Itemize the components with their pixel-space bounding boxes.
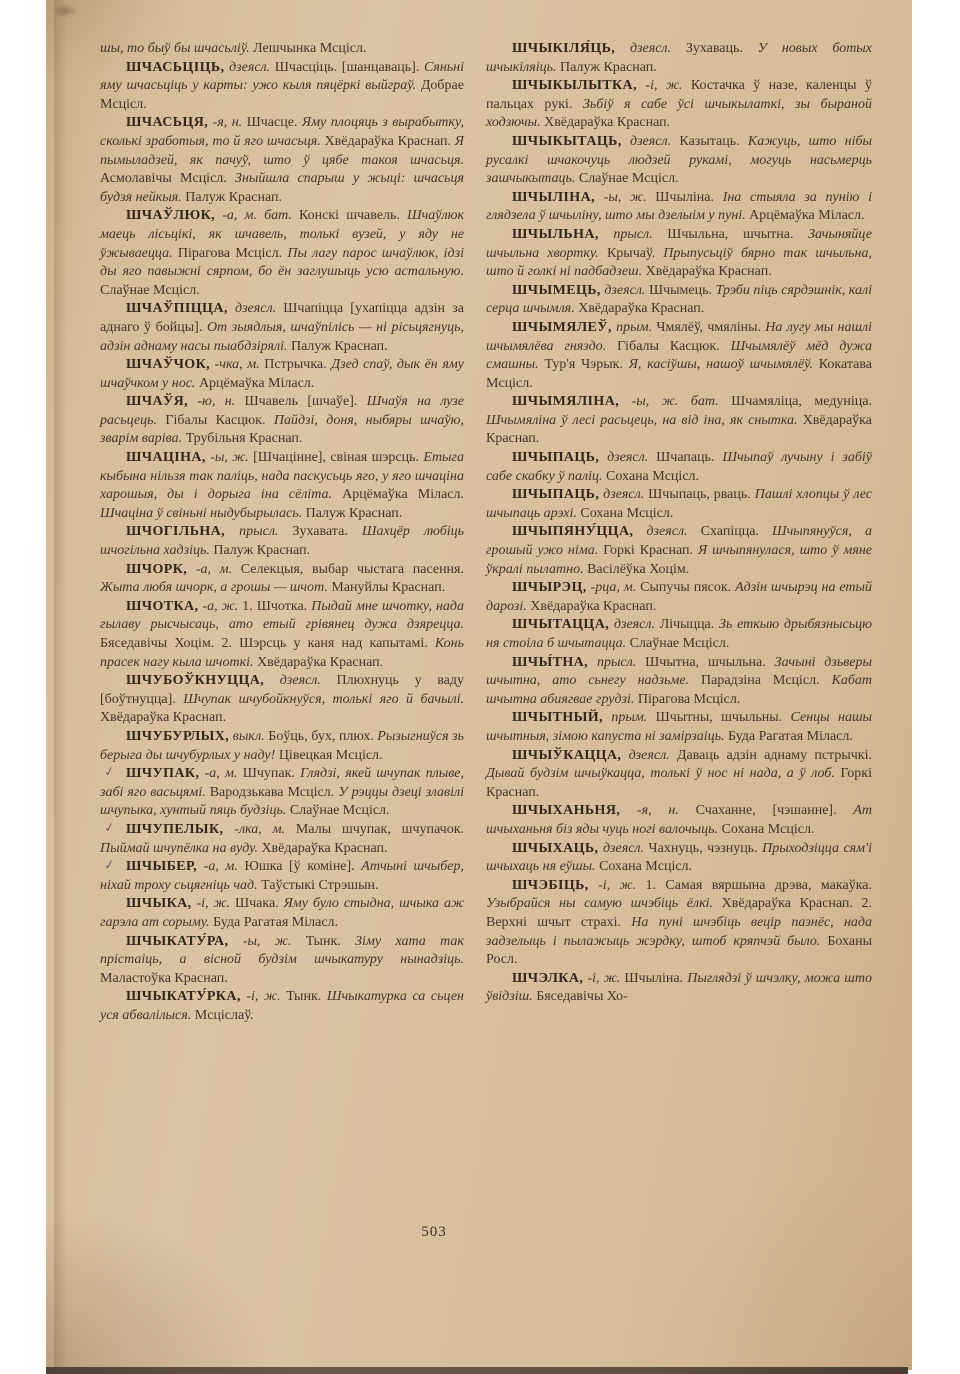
headword: ШЧЭЛКА, — [512, 971, 583, 986]
text-run: Тынк. — [281, 989, 327, 1004]
text-run: 1. Самая вяршына дрэва, макаўка. — [636, 878, 872, 893]
headword: ШЧЫМЯЛЕЎ, — [512, 320, 612, 335]
text-run: Жыта любя шчорк, а грошы — шчот. — [100, 580, 328, 595]
headword: ШЧЫТНЫЙ, — [512, 710, 603, 725]
headword: ШЧАСЬЦІЦЬ, — [126, 60, 224, 75]
headword: ШЧОГІЛЬНА, — [126, 524, 225, 539]
text-run: Чмялёў, чмяліны. — [652, 320, 765, 335]
headword: ШЧЫЛЬНА, — [512, 227, 599, 242]
headword: ШЧОРК, — [126, 562, 187, 577]
text-run: Горкі Краснап. — [598, 543, 698, 558]
text-run: -чка, м. — [210, 357, 260, 372]
dictionary-entry: ШЧАЎЧОК, -чка, м. Пстрычка. Дзед спаў, д… — [100, 356, 464, 393]
text-run: Хвёдараўка Краснап. — [642, 264, 772, 279]
dictionary-entry: ШЧАЎПІЦЦА, дзеясл. Шчапіцца [ухапіцца ад… — [100, 300, 464, 356]
dictionary-entry: ШЧЫПАЦЬ, дзеясл. Шчапаць. Шчыпаў лучыну … — [486, 449, 872, 486]
text-run: Шчыльна, шчытна. — [653, 227, 808, 242]
text-run: Палуж Краснап. — [182, 190, 282, 205]
text-run: Конскі шчавель. — [292, 208, 407, 223]
headword: ШЧЭБІЦЬ, — [512, 878, 589, 893]
entry-continuation: шы, то быў бы шчасьліў. Лешчынка Мсцісл. — [100, 40, 464, 59]
text-run: Трубільня Краснап. — [182, 431, 302, 446]
text-run: Казытаць. — [671, 134, 748, 149]
text-run: Пстрычка. — [260, 357, 332, 372]
text-run: Схапіцца. — [688, 524, 772, 539]
text-run: Бяседавічы Хо- — [533, 989, 628, 1004]
dictionary-entry: ШЧЫКАТУ́РА, -ы, ж. Тынк. Зіму хата так п… — [100, 933, 464, 989]
text-run: Хвёдараўка Краснап. — [100, 710, 226, 725]
text-run: -ы, ж. — [206, 450, 249, 465]
right-column: ШЧЫКІЛЯ́ЦЬ, дзеясл. Зухаваць. У новых бо… — [486, 40, 872, 1007]
text-run: Парадзіна Мсцісл. — [689, 673, 831, 688]
text-run: Шчыліна. — [647, 190, 723, 205]
text-run: дзеясл. — [609, 617, 655, 632]
text-run: Мсціслаў. — [191, 1008, 253, 1023]
scan-canvas: шы, то быў бы шчасьліў. Лешчынка Мсцісл.… — [0, 0, 960, 1374]
dictionary-entry: ШЧЫХАЦЬ, дзеясл. Чахнуць, чэзнуць. Прыхо… — [486, 840, 872, 877]
text-run: -я, н. — [208, 115, 242, 130]
headword: ШЧАЎЛЮК, — [126, 208, 215, 223]
dictionary-entry: ШЧЫПАЦЬ, дзеясл. Шчыпаць, рваць. Пашлі х… — [486, 486, 872, 523]
text-run: дзеясл. — [615, 41, 671, 56]
dictionary-entry: ШЧЫТАЦЦА, дзеясл. Лічыцца. Зь еткыю дрыб… — [486, 616, 872, 653]
text-run: выкл. — [229, 729, 265, 744]
headword: ШЧУПАК, — [126, 766, 199, 781]
dictionary-entry: ШЧЫТНЫЙ, прым. Шчытны, шчыльны. Сенцы на… — [486, 709, 872, 746]
text-run: Зухаваць. — [671, 41, 758, 56]
dictionary-entry: ШЧЫРЭЦ, -рца, м. Сыпучы пясок. Адзін шчы… — [486, 579, 872, 616]
text-run: -а, м. бат. — [215, 208, 292, 223]
dictionary-entry: ШЧАСЬЦІЦЬ, дзеясл. Шчасціць. [шанцаваць]… — [100, 59, 464, 115]
text-run: дзеясл. — [224, 60, 270, 75]
text-run: -а, м. — [197, 859, 238, 874]
text-run: Хвёдараўка Краснап. — [321, 134, 455, 149]
text-run: Лешчынка Мсцісл. — [250, 41, 367, 56]
text-run: Пірагова Мсцісл. — [634, 692, 740, 707]
headword: ШЧЫКЫЛЫТКА, — [512, 78, 637, 93]
text-run: Сыпучы пясок. — [636, 580, 735, 595]
text-run: -і, ж. — [583, 971, 620, 986]
text-run: Хвёдараўка Краснап. — [575, 301, 705, 316]
dictionary-entry: ШЧАСЬЦЯ, -я, н. Шчасце. Яму плоцяць з вы… — [100, 114, 464, 207]
dictionary-entry: ШЧЫЛЬНА, прысл. Шчыльна, шчытна. Зачыняй… — [486, 226, 872, 282]
text-run: прысл. — [599, 227, 653, 242]
text-run: Шчыпаць, рваць. — [644, 487, 754, 502]
left-column: шы, то быў бы шчасьліў. Лешчынка Мсцісл.… — [100, 40, 464, 1025]
dictionary-entry: ШЧЫЎКАЦЦА, дзеясл. Даваць адзін аднаму п… — [486, 747, 872, 803]
text-run: дзеясл. — [601, 283, 646, 298]
text-run: Боўць, бух, плюх. — [265, 729, 378, 744]
text-run: Асмолавічы Мсцісл. — [100, 171, 235, 186]
text-run: Палуж Краснап. — [557, 60, 657, 75]
text-run: Крычаў. — [599, 246, 664, 261]
headword: ШЧЫКЫТАЦЬ, — [512, 134, 622, 149]
dictionary-entry: ШЧЭЛКА, -і, ж. Шчыліна. Пыглядзі ў шчэлк… — [486, 970, 872, 1007]
headword: ШЧЫКАТУ́РКА, — [126, 989, 241, 1004]
dictionary-entry: ШЧЫКІЛЯ́ЦЬ, дзеясл. Зухаваць. У новых бо… — [486, 40, 872, 77]
text-run: -і, ж. — [637, 78, 682, 93]
dictionary-entry: ✓ШЧЫБЕР, -а, м. Юшка [ў коміне]. Атчыні … — [100, 858, 464, 895]
headword: ШЧАЦІНА, — [126, 450, 206, 465]
text-run: Шчупак шчубойкнуўся, толькі яго й бачылі… — [183, 692, 464, 707]
dictionary-entry: ШЧЫМЯЛІНА, -ы, ж. бат. Шчамяліца, медуні… — [486, 393, 872, 449]
headword: ШЧЫМЕЦЬ, — [512, 283, 601, 298]
headword: ШЧАЎЧОК, — [126, 357, 210, 372]
text-run: Шчымяліна ў лесі расьцець, на від іна, я… — [486, 413, 798, 428]
text-run: прым. — [603, 710, 647, 725]
text-run: Пыймай шчупёлка на вуду. — [100, 841, 258, 856]
binding-crease — [54, 0, 70, 1370]
headword: ШЧАСЬЦЯ, — [126, 115, 208, 130]
text-run: Тынк. — [291, 934, 355, 949]
text-run: Шчамяліца, медуніца. — [719, 394, 872, 409]
headword: ШЧОТКА, — [126, 599, 198, 614]
text-run: -і, ж. — [241, 989, 281, 1004]
dictionary-entry: ШЧОГІЛЬНА, прысл. Зухавата. Шахцёр любіц… — [100, 523, 464, 560]
dictionary-entry: ШЧАЎЯ, -ю, н. Шчавель [шчаўе]. Шчаўя на … — [100, 393, 464, 449]
text-run: -лка, м. — [223, 822, 285, 837]
headword: ШЧЫ́ТНА, — [512, 655, 588, 670]
text-run: -а, м. — [199, 766, 237, 781]
text-run: -ы, ж. — [228, 934, 291, 949]
text-run: Палуж Краснап. — [302, 506, 402, 521]
text-run: Слаўнае Мсцісл. — [626, 636, 729, 651]
text-run: дзеясл. — [264, 673, 321, 688]
text-run: Маластоўка Краснап. — [100, 971, 228, 986]
text-run: Васілёўка Хоцім. — [584, 562, 690, 577]
headword: ШЧЫХАЦЬ, — [512, 841, 598, 856]
headword: ШЧЫЎКАЦЦА, — [512, 748, 621, 763]
page-number: 503 — [394, 1224, 474, 1241]
text-run: Слаўнае Мсцісл. — [286, 803, 389, 818]
pencil-checkmark: ✓ — [103, 821, 116, 836]
text-run: Мануйлы Краснап. — [328, 580, 445, 595]
text-run: -ы, ж. бат. — [619, 394, 719, 409]
text-run: Гібалы Касцюк. — [606, 339, 730, 354]
dictionary-entry: ШЧОРК, -а, м. Селекцыя, выбар чыстага па… — [100, 561, 464, 598]
text-run: Арцёмаўка Міласл. — [195, 376, 314, 391]
text-run: Хвёдараўка Краснап. — [541, 115, 671, 130]
text-run: Гібалы Касцюк. — [157, 413, 274, 428]
text-run: Шчасце. — [242, 115, 302, 130]
dictionary-entry: ШЧЫПЯНУ́ЦЦА, дзеясл. Схапіцца. Шчыпянуўс… — [486, 523, 872, 579]
headword: ШЧУПЕЛЫК, — [126, 822, 223, 837]
text-run: Хвёдараўка Краснап. — [258, 841, 388, 856]
headword: ШЧЫПАЦЬ, — [512, 450, 599, 465]
text-run: дзеясл. — [228, 301, 276, 316]
dictionary-entry: ШЧЫКЫТАЦЬ, дзеясл. Казытаць. Кажуць, што… — [486, 133, 872, 189]
text-run: -і, ж. — [589, 878, 636, 893]
dictionary-entry: ✓ШЧУПАК, -а, м. Шчупак. Глядзі, якей шчу… — [100, 765, 464, 821]
text-run: Я, касіўшы, нашоў шчымялёў. — [629, 357, 813, 372]
pencil-checkmark: ✓ — [103, 765, 116, 780]
text-run: Тур'я Чэрык. — [539, 357, 629, 372]
text-run: Слаўнае Мсцісл. — [100, 283, 200, 298]
dictionary-entry: ШЧЫКЫЛЫТКА, -і, ж. Костачка ў назе, кале… — [486, 77, 872, 133]
headword: ШЧАЎПІЦЦА, — [126, 301, 228, 316]
headword: ШЧУБУРЛЫХ, — [126, 729, 229, 744]
text-run: дзеясл. — [598, 841, 644, 856]
text-run: дзеясл. — [599, 450, 648, 465]
text-run: Буда Рагатая Міласл. — [210, 915, 338, 930]
text-run: прым. — [612, 320, 652, 335]
text-run: Узыбрайся ны самую шчэбіць ёлкі. — [486, 896, 713, 911]
dictionary-entry: ШЧУБОЎКНУЦЦА, дзеясл. Плюхнуць у ваду [б… — [100, 672, 464, 728]
text-run: [Шчацінне], свіная шэрсць. — [249, 450, 424, 465]
text-run: Вародзькава Мсцісл. — [206, 785, 338, 800]
text-run: Даваць адзін аднаму пстрычкі. — [670, 748, 872, 763]
headword: ШЧЫКІЛЯ́ЦЬ, — [512, 41, 615, 56]
dictionary-entry: ШЧЫМЕЦЬ, дзеясл. Шчымець. Трэби піць сяр… — [486, 282, 872, 319]
headword: ШЧЫПЯНУ́ЦЦА, — [512, 524, 633, 539]
corner-stain — [52, 4, 78, 18]
headword: ШЧАЎЯ, — [126, 394, 188, 409]
page-edge-shadow — [46, 1367, 908, 1374]
headword: ШЧЫТАЦЦА, — [512, 617, 609, 632]
dictionary-entry: ШЧЫМЯЛЕЎ, прым. Чмялёў, чмяліны. На лугу… — [486, 319, 872, 393]
text-run: Селекцыя, выбар чыстага пасення. — [232, 562, 464, 577]
text-run: Хвёдараўка Краснап. — [254, 655, 384, 670]
headword: ШЧЫЛІНА, — [512, 190, 595, 205]
text-run: Зухавата. — [278, 524, 361, 539]
text-run: Лічыцца. — [655, 617, 719, 632]
dictionary-entry: ШЧЫ́ТНА, прысл. Шчытна, шчыльна. Зачыні … — [486, 654, 872, 710]
text-run: Хвёдараўка Краснап. — [527, 599, 657, 614]
text-run: дзеясл. — [621, 748, 669, 763]
dictionary-entry: ШЧУБУРЛЫХ, выкл. Боўць, бух, плюх. Рызыг… — [100, 728, 464, 765]
text-run: Палуж Краснап. — [210, 543, 310, 558]
headword: ШЧЫПАЦЬ, — [512, 487, 599, 502]
headword: ШЧЫКАТУ́РА, — [126, 934, 228, 949]
dictionary-entry: ШЧЫЛІНА, -ы, ж. Шчыліна. Іна стыяла за п… — [486, 189, 872, 226]
text-run: Шчыліна. — [620, 971, 687, 986]
text-run: Шчавель [шчаўе]. — [235, 394, 367, 409]
text-run: Таўстыкі Стрэшын. — [258, 878, 379, 893]
text-run: дзеясл. — [633, 524, 687, 539]
text-run: Шчытна, шчыльна. — [636, 655, 774, 670]
text-run: Чахнуць, чэзнуць. — [644, 841, 762, 856]
text-run: -рца, м. — [587, 580, 637, 595]
dictionary-entry: ШЧОТКА, -а, ж. 1. Шчотка. Пыдай мне шчот… — [100, 598, 464, 672]
text-run: Шчытны, шчыльны. — [647, 710, 790, 725]
headword: ШЧЫБЕР, — [126, 859, 197, 874]
text-run: прысл. — [588, 655, 636, 670]
text-run: -а, м. — [187, 562, 232, 577]
dictionary-entry: ШЧАЎЛЮК, -а, м. бат. Конскі шчавель. Шча… — [100, 207, 464, 300]
headword: ШЧЫМЯЛІНА, — [512, 394, 619, 409]
text-run: Сохана Мсцісл. — [596, 859, 692, 874]
text-run: Малы шчупак, шчупачок. — [285, 822, 464, 837]
text-run: -ю, н. — [188, 394, 235, 409]
text-run: Палуж Краснап. — [287, 339, 387, 354]
headword: ШЧЫХАНЬНЯ, — [512, 803, 620, 818]
text-run: Сохана Мсцісл. — [603, 469, 699, 484]
text-run: Сохана Мсцісл. — [718, 822, 814, 837]
text-run: -а, ж. — [198, 599, 238, 614]
text-run: Арцёмаўка Міласл. — [332, 487, 464, 502]
text-run: -ы, ж. — [595, 190, 647, 205]
text-run: Слаўнае Мсцісл. — [575, 171, 678, 186]
pencil-checkmark: ✓ — [103, 858, 116, 873]
dictionary-entry: ШЧЫКАТУ́РКА, -і, ж. Тынк. Шчыкатурка са … — [100, 988, 464, 1025]
text-run: Шчупак. — [237, 766, 300, 781]
text-run: Цівецкая Мсцісл. — [275, 748, 382, 763]
text-run: шы, то быў бы шчасьліў. — [100, 41, 250, 56]
text-run: Шчака. — [230, 896, 284, 911]
text-run: Сохана Мсцісл. — [577, 506, 673, 521]
dictionary-entry: ШЧЫКА, -і, ж. Шчака. Яму було стыдна, шч… — [100, 895, 464, 932]
text-run: -і, ж. — [192, 896, 230, 911]
text-run: прысл. — [225, 524, 278, 539]
text-run: Шчаціна ў свіньні ныдубырылась. — [100, 506, 302, 521]
text-run: Дывай будзім шчыўкацца, толькі ў нос ні … — [486, 766, 835, 781]
dictionary-entry: ✓ШЧУПЕЛЫК, -лка, м. Малы шчупак, шчупачо… — [100, 821, 464, 858]
text-run: Юшка [ў коміне]. — [238, 859, 361, 874]
text-run: Пірагова Мсцісл. — [173, 246, 288, 261]
text-run: Счаханне, [чэшанне]. — [679, 803, 853, 818]
text-run: Буда Рагатая Міласл. — [725, 729, 853, 744]
text-run: 1. Шчотка. — [238, 599, 311, 614]
text-run: Шчымець. — [645, 283, 715, 298]
headword: ШЧЫРЭЦ, — [512, 580, 587, 595]
text-run: -я, н. — [620, 803, 679, 818]
headword: ШЧЫКА, — [126, 896, 192, 911]
headword: ШЧУБОЎКНУЦЦА, — [126, 673, 264, 688]
text-run: дзеясл. — [622, 134, 671, 149]
text-run: дзеясл. — [599, 487, 644, 502]
dictionary-entry: ШЧЫХАНЬНЯ, -я, н. Счаханне, [чэшанне]. А… — [486, 802, 872, 839]
text-run: Арцёмаўка Міласл. — [746, 208, 865, 223]
text-run: Шчапаць. — [648, 450, 722, 465]
dictionary-entry: ШЧЭБІЦЬ, -і, ж. 1. Самая вяршына дрэва, … — [486, 877, 872, 970]
text-run: Шчасціць. [шанцаваць]. — [270, 60, 424, 75]
dictionary-entry: ШЧАЦІНА, -ы, ж. [Шчацінне], свіная шэрсц… — [100, 449, 464, 523]
text-run: Бяседавічы Хоцім. 2. Шэрсць у каня над к… — [100, 636, 435, 651]
